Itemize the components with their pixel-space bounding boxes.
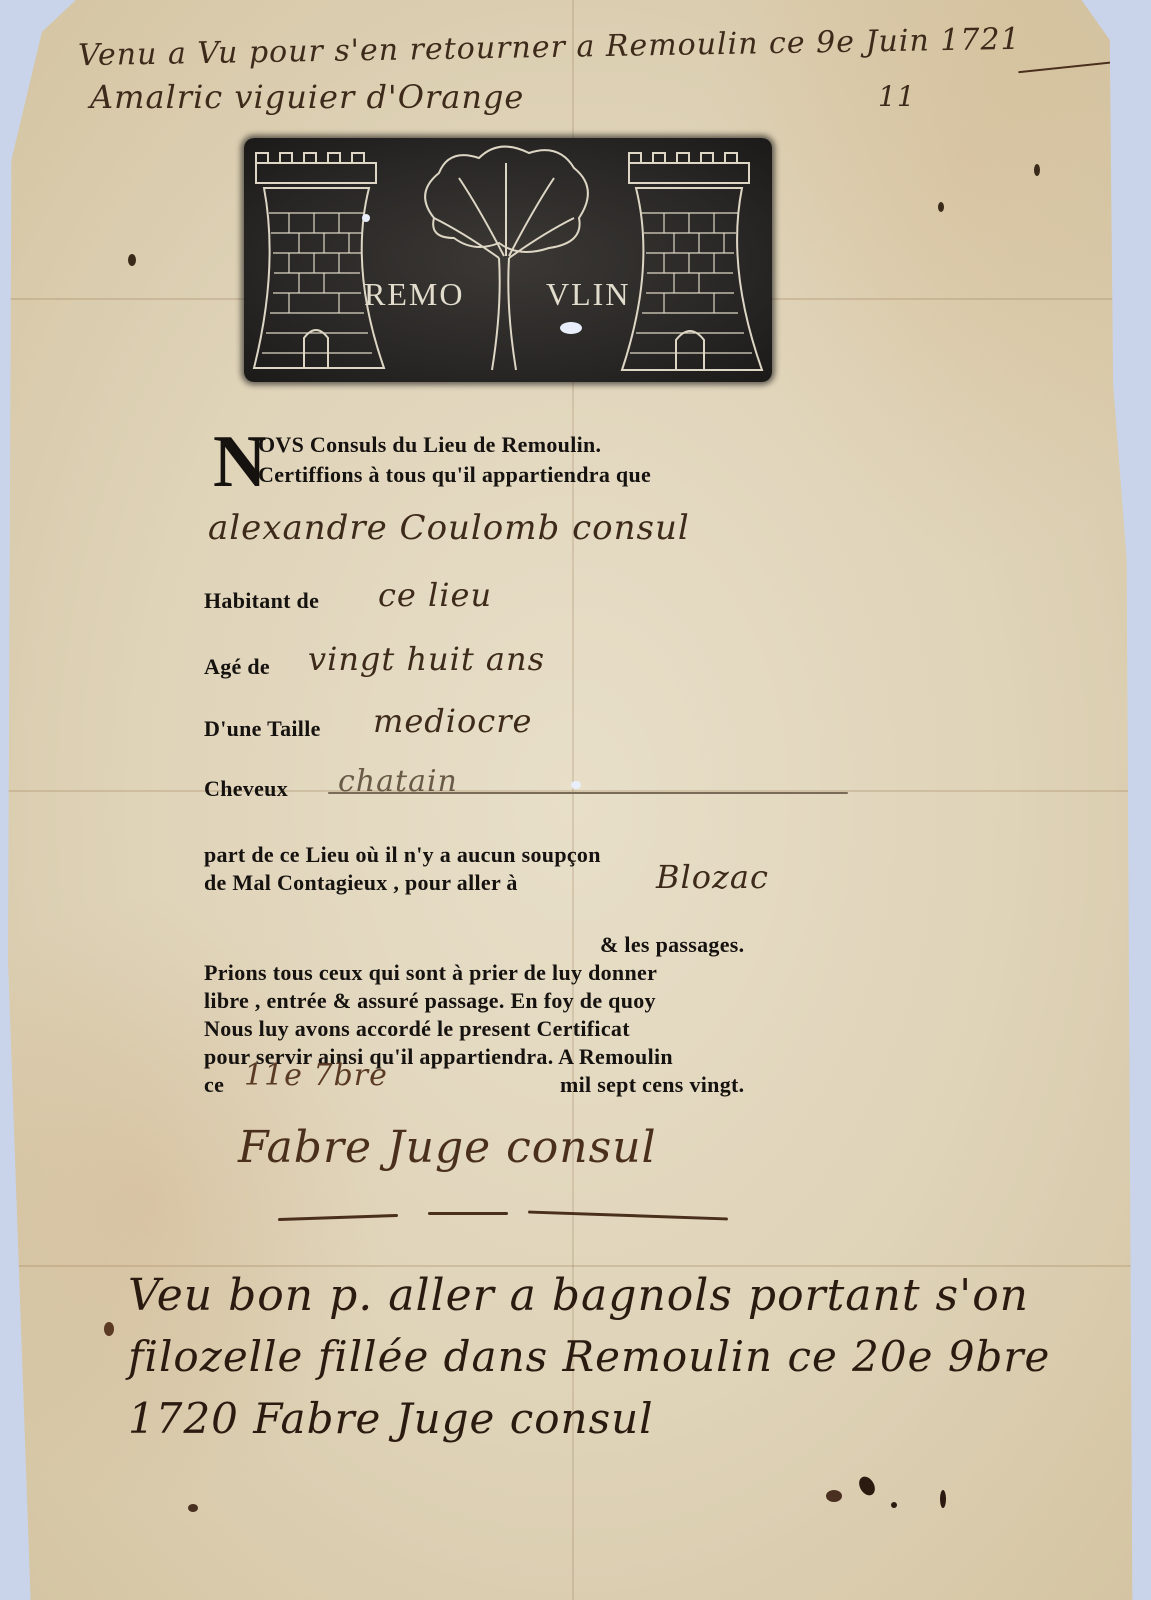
- field-value-hair: chatain: [338, 764, 458, 799]
- towers-tree-icon: [244, 138, 772, 382]
- header-line2: Certiffions à tous qu'il appartiendra qu…: [258, 462, 651, 488]
- date-handwritten: 11e 7bre: [244, 1058, 388, 1093]
- flourish: [1018, 61, 1118, 73]
- signature-flourish: [278, 1214, 398, 1221]
- destination: Blozac: [656, 858, 769, 896]
- body-line4: Prions tous ceux qui sont à prier de luy…: [204, 960, 657, 986]
- ink-blot: [826, 1490, 842, 1502]
- field-label-hair: Cheveux: [204, 776, 288, 802]
- body-line1: part de ce Lieu où il n'y a aucun soupço…: [204, 842, 601, 868]
- paper-hole: [560, 322, 582, 334]
- signature-flourish: [528, 1211, 728, 1221]
- bottom-annotation-line1: Veu bon p. aller a bagnols portant s'on: [128, 1270, 1029, 1321]
- signature: Fabre Juge consul: [238, 1122, 657, 1173]
- top-annotation-number: 11: [878, 80, 916, 113]
- ink-blot: [104, 1322, 114, 1336]
- field-underline: [328, 792, 848, 794]
- top-annotation-line1: Venu a Vu pour s'en retourner a Remoulin…: [78, 22, 1021, 73]
- ink-blot: [1034, 164, 1040, 176]
- field-label-residence: Habitant de: [204, 588, 319, 614]
- field-value-residence: ce lieu: [378, 576, 492, 614]
- ink-blot: [938, 202, 944, 212]
- body-line5: libre , entrée & assuré passage. En foy …: [204, 988, 656, 1014]
- woodcut-title-left: REMO: [364, 276, 464, 313]
- top-annotation-line2: Amalric viguier d'Orange: [90, 78, 524, 116]
- bottom-annotation-line2: filozelle fillée dans Remoulin ce 20e 9b…: [128, 1332, 1050, 1381]
- field-value-age: vingt huit ans: [308, 640, 545, 678]
- header-line1: OVS Consuls du Lieu de Remoulin.: [258, 432, 601, 458]
- paper-hole: [571, 781, 581, 789]
- paper-hole: [362, 214, 370, 222]
- bottom-annotation-line3: 1720 Fabre Juge consul: [128, 1394, 654, 1443]
- field-label-height: D'une Taille: [204, 716, 321, 742]
- ink-blot: [940, 1490, 946, 1508]
- bearer-name: alexandre Coulomb consul: [208, 508, 690, 548]
- field-label-age: Agé de: [204, 654, 270, 680]
- field-value-height: mediocre: [373, 702, 532, 740]
- woodcut-emblem: REMO VLIN: [244, 138, 772, 382]
- body-line6: Nous luy avons accordé le present Certif…: [204, 1016, 630, 1042]
- body-line3: & les passages.: [600, 932, 744, 958]
- woodcut-title-right: VLIN: [546, 276, 630, 313]
- ink-blot: [891, 1502, 897, 1508]
- body-line2: de Mal Contagieux , pour aller à: [204, 870, 518, 896]
- body-line8-prefix: ce: [204, 1072, 224, 1098]
- signature-flourish: [428, 1212, 508, 1215]
- body-line8-suffix: mil sept cens vingt.: [560, 1072, 744, 1098]
- ink-blot: [856, 1474, 878, 1498]
- ink-blot: [188, 1504, 198, 1512]
- document-page: Venu a Vu pour s'en retourner a Remoulin…: [8, 0, 1138, 1600]
- ink-blot: [128, 254, 136, 266]
